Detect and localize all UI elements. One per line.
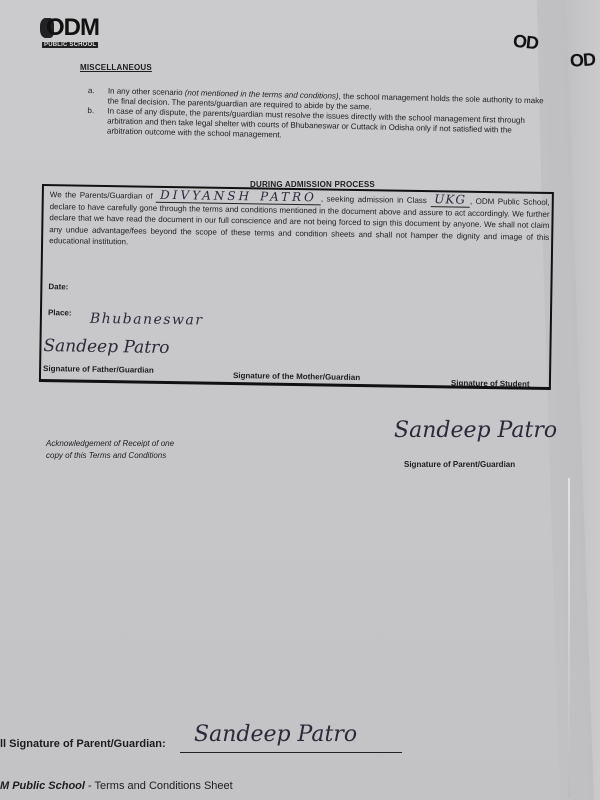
misc-list: a. In any other scenario (not mentioned …: [87, 86, 548, 146]
misc-heading: MISCELLANEOUS: [80, 63, 152, 72]
final-signature[interactable]: Sandeep Patro: [194, 722, 357, 747]
back-page-logo: OD: [569, 49, 595, 72]
footer: M Public School - Terms and Conditions S…: [0, 780, 233, 792]
ack-line-1: Acknowledgement of Receipt of one: [46, 438, 174, 450]
class-field[interactable]: UKG: [430, 192, 470, 208]
logo-subtext: PUBLIC SCHOOL: [42, 42, 98, 48]
parent-signature[interactable]: Sandeep Patro: [394, 418, 557, 443]
footer-school-name: M Public School: [0, 780, 85, 792]
ack-line-2: copy of this Terms and Conditions: [46, 450, 174, 462]
list-bullet: b.: [87, 106, 108, 136]
list-bullet: a.: [88, 86, 108, 106]
text-segment: , ODM Public School, declare to have car…: [49, 197, 550, 247]
school-logo: ODM PUBLIC SCHOOL: [40, 6, 100, 54]
page-crease: [568, 478, 570, 798]
signature-line: [180, 752, 402, 753]
admission-declaration-box: We the Parents/Guardian of DIVYANSH PATR…: [39, 184, 554, 390]
parent-signature-label: Signature of Parent/Guardian: [404, 460, 515, 469]
footer-text: - Terms and Conditions Sheet: [85, 780, 233, 792]
declaration-text: We the Parents/Guardian of DIVYANSH PATR…: [49, 188, 550, 254]
text-segment: We the Parents/Guardian of: [50, 190, 153, 201]
place-label: Place:: [48, 308, 72, 317]
father-signature-label: Signature of Father/Guardian: [43, 364, 154, 375]
father-signature[interactable]: Sandeep Patro: [43, 336, 169, 358]
place-value[interactable]: Bhubaneswar: [90, 311, 204, 329]
date-label: Date:: [48, 282, 68, 291]
final-signature-label: ll Signature of Parent/Guardian:: [0, 738, 166, 750]
text-segment: , seeking admission in Class: [321, 194, 427, 205]
side-page-logo: OD: [512, 31, 539, 54]
acknowledgement-text: Acknowledgement of Receipt of one copy o…: [46, 438, 174, 462]
logo-text: ODM: [46, 14, 99, 42]
text-segment: In any other scenario: [108, 86, 185, 97]
mother-signature-label: Signature of the Mother/Guardian: [233, 371, 360, 382]
student-signature-label: Signature of Student: [451, 378, 530, 388]
